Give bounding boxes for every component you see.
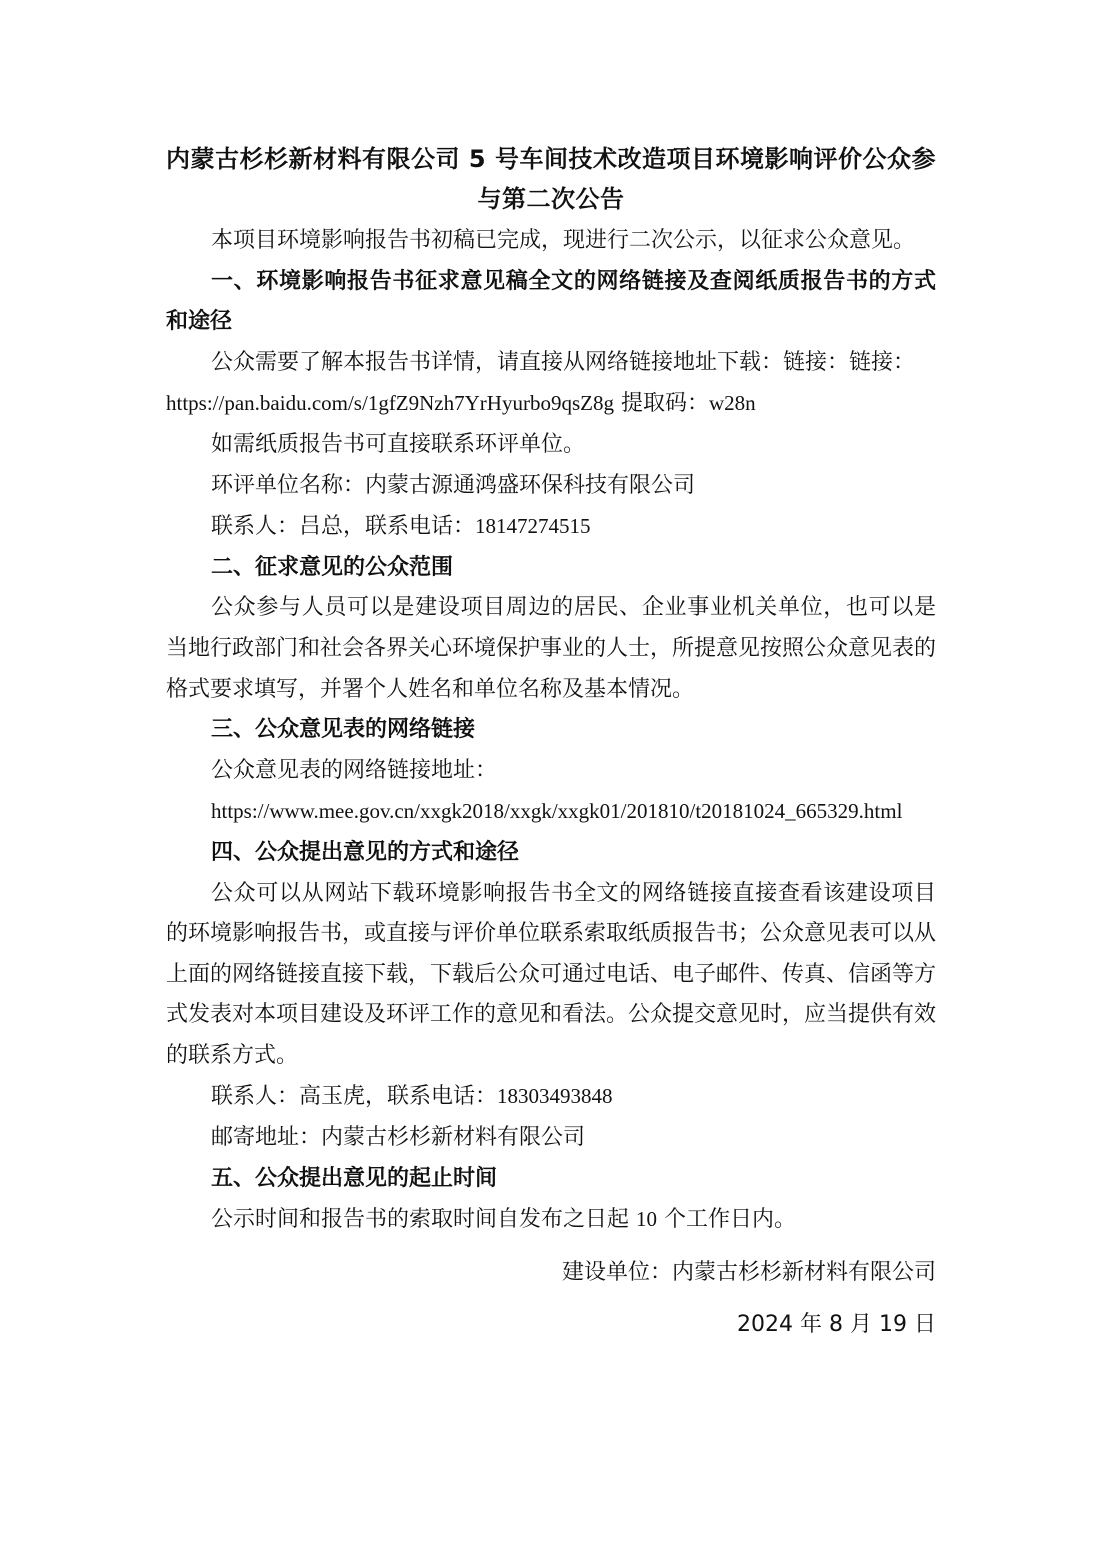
public-scope-paragraph: 公众参与人员可以是建设项目周边的居民、企业事业机关单位，也可以是当地行政部门和社…: [166, 588, 936, 710]
extraction-code-value: w28n: [709, 391, 756, 415]
project-contact: 联系人：高玉虎，联系电话：18303493848: [166, 1076, 936, 1118]
download-text: 公众需要了解本报告书详情，请直接从网络链接地址下载：链接：链接：: [211, 350, 915, 375]
eia-contact-label: 联系人：吕总，联系电话：: [211, 514, 475, 539]
comment-period: 公示时间和报告书的索取时间自发布之日起 10 个工作日内。: [166, 1199, 936, 1241]
download-instruction: 公众需要了解本报告书详情，请直接从网络链接地址下载：链接：链接：: [166, 343, 936, 384]
project-contact-phone: 18303493848: [497, 1084, 613, 1108]
signature-date: 2024 年 8 月 19 日: [166, 1305, 936, 1346]
mail-address: 邮寄地址：内蒙古杉杉新材料有限公司: [166, 1118, 936, 1159]
comment-period-suffix: 个工作日内。: [657, 1207, 796, 1232]
opinion-form-link[interactable]: https://www.mee.gov.cn/xxgk2018/xxgk/xxg…: [211, 799, 902, 823]
opinion-form-link-line: https://www.mee.gov.cn/xxgk2018/xxgk/xxg…: [166, 791, 936, 833]
extraction-code-label: 提取码：: [614, 391, 709, 416]
section-4-heading: 四、公众提出意见的方式和途径: [166, 833, 936, 874]
paper-copy-note: 如需纸质报告书可直接联系环评单位。: [166, 425, 936, 466]
section-2-heading: 二、征求意见的公众范围: [166, 548, 936, 589]
eia-contact: 联系人：吕总，联系电话：18147274515: [166, 506, 936, 548]
download-link-line: https://pan.baidu.com/s/1gfZ9Nzh7YrHyurb…: [166, 383, 936, 425]
eia-contact-phone: 18147274515: [475, 514, 591, 538]
submission-methods-paragraph: 公众可以从网站下载环境影响报告书全文的网络链接直接查看该建设项目的环境影响报告书…: [166, 874, 936, 1077]
signature-unit: 建设单位：内蒙古杉杉新材料有限公司: [166, 1253, 936, 1294]
opinion-form-link-label: 公众意见表的网络链接地址：: [166, 751, 936, 792]
section-5-heading: 五、公众提出意见的起止时间: [166, 1159, 936, 1200]
document-page: 内蒙古杉杉新材料有限公司 5 号车间技术改造项目环境影响评价公众参与第二次公告 …: [166, 139, 936, 1346]
comment-period-days: 10: [636, 1207, 657, 1231]
eia-unit-name: 环评单位名称：内蒙古源通鸿盛环保科技有限公司: [166, 466, 936, 507]
document-title: 内蒙古杉杉新材料有限公司 5 号车间技术改造项目环境影响评价公众参与第二次公告: [166, 139, 936, 219]
comment-period-prefix: 公示时间和报告书的索取时间自发布之日起: [211, 1207, 636, 1232]
project-contact-label: 联系人：高玉虎，联系电话：: [211, 1084, 497, 1109]
section-3-heading: 三、公众意见表的网络链接: [166, 710, 936, 751]
report-download-link[interactable]: https://pan.baidu.com/s/1gfZ9Nzh7YrHyurb…: [166, 391, 614, 415]
intro-paragraph: 本项目环境影响报告书初稿已完成，现进行二次公示，以征求公众意见。: [166, 221, 936, 262]
section-1-heading: 一、环境影响报告书征求意见稿全文的网络链接及查阅纸质报告书的方式和途径: [166, 262, 936, 343]
